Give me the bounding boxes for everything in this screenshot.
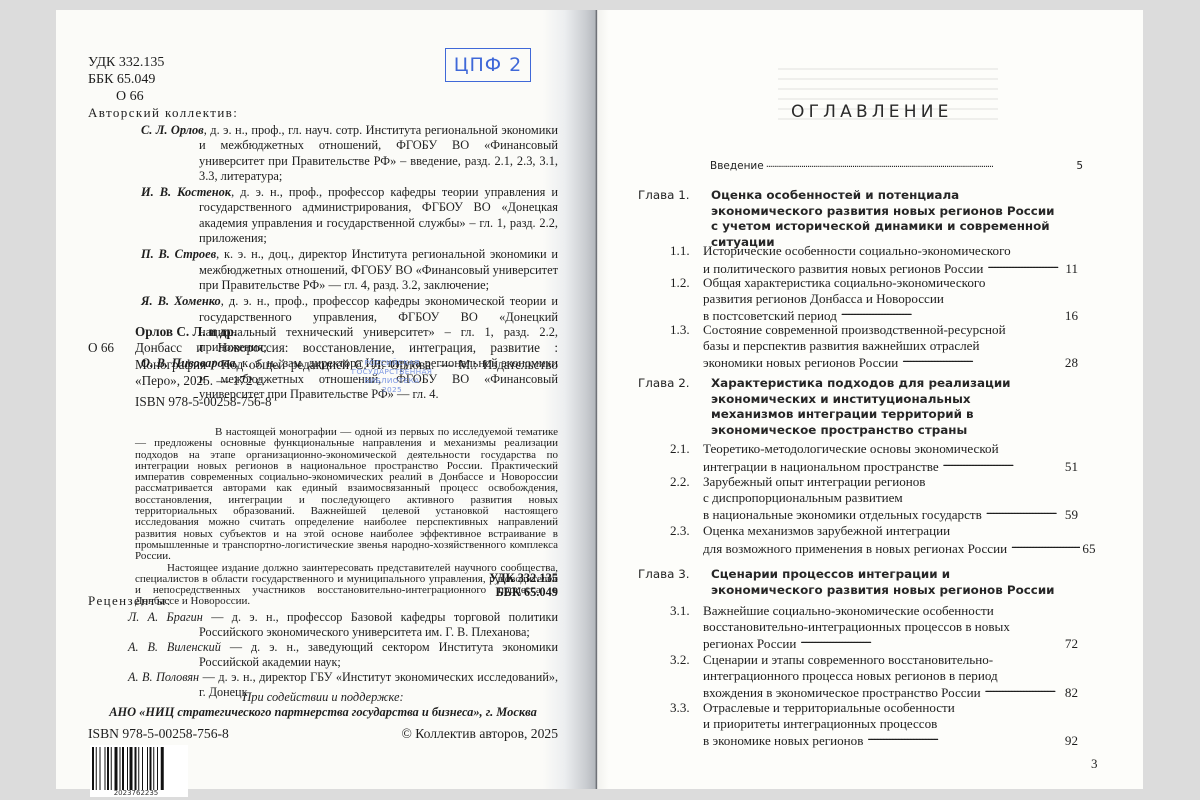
biblio-mark: О 66 xyxy=(88,340,135,389)
section-title: Зарубежный опыт интеграции регионовс дис… xyxy=(703,474,1078,523)
reviewer-name: А. В. Половян xyxy=(128,670,199,684)
toc-section[interactable]: 3.2.Сценарии и этапы современного восста… xyxy=(670,652,1078,701)
udk-code: УДК 332.135 xyxy=(88,54,164,71)
toc-section[interactable]: 3.3.Отраслевые и территориальные особенн… xyxy=(670,700,1078,749)
bbk-code: ББК 65.049 xyxy=(88,71,164,88)
author-details: , к. э. н., доц., директор Института рег… xyxy=(199,247,558,292)
barcode-number: 2023762235 xyxy=(90,789,182,797)
author-entry: П. В. Строев, к. э. н., доц., директор И… xyxy=(88,247,558,293)
dot-leader xyxy=(985,680,1063,698)
section-title: Важнейшие социально-экономические особен… xyxy=(703,603,1078,652)
section-number: 3.3. xyxy=(670,700,703,749)
section-number: 3.1. xyxy=(670,603,703,652)
toc-section[interactable]: 3.1.Важнейшие социально-экономические ос… xyxy=(670,603,1078,652)
isbn: ISBN 978-5-00258-756-8 xyxy=(88,726,229,742)
biblio-author: Орлов С. Л. и др. xyxy=(88,324,558,340)
dot-leader xyxy=(766,158,1075,170)
reviewer-details: — д. э. н., заведующий сектором Институт… xyxy=(199,640,558,669)
section-title: Сценарии и этапы современного восстанови… xyxy=(703,652,1078,701)
section-page: 51 xyxy=(1065,459,1078,475)
dot-leader xyxy=(800,631,1063,649)
section-title-line: интеграции в национальном пространстве xyxy=(703,459,939,475)
toc-intro-page: 5 xyxy=(1076,160,1083,172)
dot-leader xyxy=(1011,536,1080,554)
author-entry: И. В. Костенок, д. э. н., проф., професс… xyxy=(88,185,558,246)
library-stamp-line: РОССИЙСКАЯ xyxy=(336,358,448,367)
section-number: 2.1. xyxy=(670,441,703,474)
section-title: Исторические особенности социально-эконо… xyxy=(703,243,1078,276)
toc-section[interactable]: 2.3.Оценка механизмов зарубежной интегра… xyxy=(670,523,1078,556)
classification-codes: УДК 332.135 ББК 65.049 О 66 xyxy=(88,54,164,105)
author-name: И. В. Костенок xyxy=(141,185,231,199)
bibliographic-record: Орлов С. Л. и др. О 66 Донбасс и Новорос… xyxy=(88,324,558,410)
left-page-imprint: УДК 332.135 ББК 65.049 О 66 ЦПФ 2 Авторс… xyxy=(56,10,597,789)
reviewers-list: Л. А. Брагин — д. э. н., профессор Базов… xyxy=(88,610,558,701)
author-name: П. В. Строев xyxy=(141,247,216,261)
section-page: 59 xyxy=(1065,507,1078,523)
section-title: Оценка механизмов зарубежной интеграциид… xyxy=(703,523,1095,556)
author-details: , д. э. н., проф., профессор кафедры тео… xyxy=(199,185,558,245)
chapter-title: Оценка особенностей и потенциала экономи… xyxy=(711,188,1056,250)
toc-intro-label: Введение xyxy=(710,160,764,172)
section-title-last-line: вхождения в экономическое пространство Р… xyxy=(703,683,1078,701)
section-title-line: Зарубежный опыт интеграции регионов xyxy=(703,474,1078,490)
chapter-label: Глава 2. xyxy=(638,376,711,438)
reviewer-entry: А. В. Виленский — д. э. н., заведующий с… xyxy=(88,640,558,669)
section-number: 3.2. xyxy=(670,652,703,701)
authors-heading: Авторский коллектив: xyxy=(88,105,238,121)
right-page-contents: ОГЛАВЛЕНИЕ Введение 5 Глава 1.Оценка осо… xyxy=(598,10,1143,789)
section-page: 72 xyxy=(1065,636,1078,652)
section-title-line: и политического развития новых регионов … xyxy=(703,261,983,277)
copyright: © Коллектив авторов, 2025 xyxy=(336,726,558,742)
toc-chapter[interactable]: Глава 2.Характеристика подходов для реал… xyxy=(638,376,1078,438)
section-title-line: Состояние современной производственной-р… xyxy=(703,322,1078,338)
abstract-paragraph: В настоящей монографии — одной из первых… xyxy=(135,427,558,563)
author-entry: С. Л. Орлов, д. э. н., проф., гл. науч. … xyxy=(88,123,558,184)
reviewer-details: — д. э. н., профессор Базовой кафедры то… xyxy=(199,610,558,639)
dot-leader xyxy=(841,303,1063,321)
section-title-last-line: регионах России72 xyxy=(703,634,1078,652)
section-title: Общая характеристика социально-экономиче… xyxy=(703,275,1078,324)
toc-section[interactable]: 2.1.Теоретико-методологические основы эк… xyxy=(670,441,1078,474)
toc-section[interactable]: 1.3.Состояние современной производственн… xyxy=(670,322,1078,371)
reviewers-heading: Рецензенты: xyxy=(88,593,172,609)
bbk-code-right: ББК 65.049 xyxy=(436,586,558,600)
dot-leader xyxy=(943,454,1063,472)
chapter-label: Глава 3. xyxy=(638,567,711,598)
author-name: Я. В. Хоменко xyxy=(141,294,221,308)
chapter-title: Характеристика подходов для реализации э… xyxy=(711,376,1056,438)
author-name: С. Л. Орлов xyxy=(141,123,204,137)
library-stamp-line: ГОСУДАРСТВЕННАЯ xyxy=(336,367,448,376)
section-number: 1.2. xyxy=(670,275,703,324)
library-stamp-line: 2025 xyxy=(336,385,448,394)
section-title-line: Важнейшие социально-экономические особен… xyxy=(703,603,1078,619)
section-title-line: вхождения в экономическое пространство Р… xyxy=(703,685,981,701)
section-page: 11 xyxy=(1065,261,1078,277)
section-title: Теоретико-методологические основы эконом… xyxy=(703,441,1078,474)
classification-codes-right: УДК 332.135 ББК 65.049 xyxy=(436,572,558,599)
toc-intro[interactable]: Введение 5 xyxy=(710,160,1083,172)
toc-chapter[interactable]: Глава 1.Оценка особенностей и потенциала… xyxy=(638,188,1078,250)
reviewer-name: А. В. Виленский xyxy=(128,640,221,654)
section-title-last-line: в экономике новых регионов92 xyxy=(703,731,1078,749)
chapter-label: Глава 1. xyxy=(638,188,711,250)
section-title: Состояние современной производственной-р… xyxy=(703,322,1078,371)
section-title-line: регионах России xyxy=(703,636,796,652)
section-title-last-line: для возможного применения в новых регион… xyxy=(703,539,1095,557)
barcode-icon xyxy=(92,747,180,790)
section-number: 2.2. xyxy=(670,474,703,523)
toc-chapter[interactable]: Глава 3.Сценарии процессов интеграции и … xyxy=(638,567,1078,598)
support-line: При содействии и поддержке: xyxy=(88,690,558,705)
section-title-last-line: экономики новых регионов России28 xyxy=(703,353,1078,371)
toc-section[interactable]: 1.1.Исторические особенности социально-э… xyxy=(670,243,1078,276)
section-title-last-line: и политического развития новых регионов … xyxy=(703,259,1078,277)
dot-leader xyxy=(902,350,1063,368)
cpf-stamp: ЦПФ 2 xyxy=(445,48,531,82)
section-title-line: Сценарии и этапы современного восстанови… xyxy=(703,652,1078,668)
support-block: При содействии и поддержке: АНО «НИЦ стр… xyxy=(88,690,558,720)
section-page: 28 xyxy=(1065,355,1078,371)
dot-leader xyxy=(986,502,1063,520)
chapter-title: Сценарии процессов интеграции и экономич… xyxy=(711,567,1056,598)
library-stamp-line: БИБЛИОТЕКА xyxy=(336,376,448,385)
section-title: Отраслевые и территориальные особенности… xyxy=(703,700,1078,749)
section-page: 92 xyxy=(1065,733,1078,749)
reviewer-name: Л. А. Брагин xyxy=(128,610,203,624)
section-title-line: в экономике новых регионов xyxy=(703,733,863,749)
section-title-line: Отраслевые и территориальные особенности xyxy=(703,700,1078,716)
udk-code-right: УДК 332.135 xyxy=(436,572,558,586)
section-number: 1.3. xyxy=(670,322,703,371)
author-mark: О 66 xyxy=(88,88,164,105)
page-number: 3 xyxy=(1091,756,1098,772)
biblio-isbn: ISBN 978-5-00258-756-8 xyxy=(88,394,558,410)
toc-section[interactable]: 2.2.Зарубежный опыт интеграции регионовс… xyxy=(670,474,1078,523)
reviewer-entry: Л. А. Брагин — д. э. н., профессор Базов… xyxy=(88,610,558,639)
section-title-last-line: интеграции в национальном пространстве51 xyxy=(703,457,1078,475)
support-org: АНО «НИЦ стратегического партнерства гос… xyxy=(88,705,558,720)
author-details: , д. э. н., проф., гл. науч. сотр. Инсти… xyxy=(199,123,558,183)
table-of-contents: Введение 5 Глава 1.Оценка особенностей и… xyxy=(598,10,1143,789)
dot-leader xyxy=(987,256,1063,274)
section-title-line: в национальные экономики отдельных госуд… xyxy=(703,507,982,523)
section-title-last-line: в национальные экономики отдельных госуд… xyxy=(703,505,1078,523)
section-number: 1.1. xyxy=(670,243,703,276)
section-title-line: для возможного применения в новых регион… xyxy=(703,541,1007,557)
dot-leader xyxy=(867,728,1062,746)
toc-section[interactable]: 1.2.Общая характеристика социально-эконо… xyxy=(670,275,1078,324)
section-title-line: Общая характеристика социально-экономиче… xyxy=(703,275,1078,291)
section-title-line: экономики новых регионов России xyxy=(703,355,898,371)
section-page: 82 xyxy=(1065,685,1078,701)
library-stamp: РОССИЙСКАЯГОСУДАРСТВЕННАЯБИБЛИОТЕКА2025 xyxy=(336,358,448,394)
barcode: 2023762235 xyxy=(90,745,188,797)
section-page: 65 xyxy=(1082,541,1095,557)
section-number: 2.3. xyxy=(670,523,703,556)
